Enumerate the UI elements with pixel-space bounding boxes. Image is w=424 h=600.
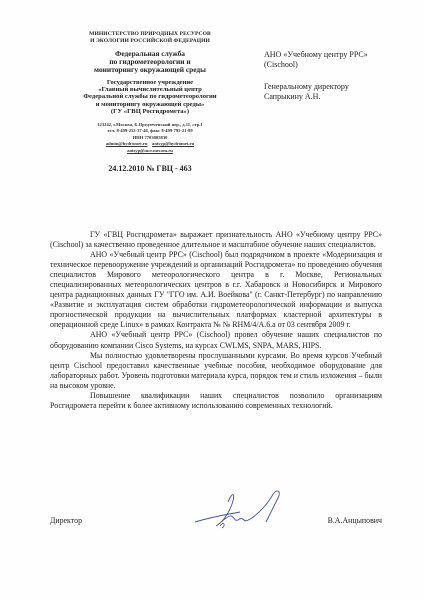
body-paragraph: АНО «Учебный центр РРС» (Cischool) прове… [50, 330, 382, 350]
email-link[interactable]: admin@hydromet.ru [106, 141, 148, 146]
email-link[interactable]: antsyp@mcr.mecom.ru [62, 148, 238, 155]
ministry-name: МИНИСТЕРСТВО ПРИРОДНЫХ РЕСУРСОВ И ЭКОЛОГ… [62, 31, 238, 45]
service-line: мониторингу окружающей среды [62, 66, 238, 74]
body-paragraph: ГУ «ГВЦ Росгидромета» выражает признател… [50, 230, 382, 250]
addressee-block: АНО «Учебному центру РРС» (Cischool) Ген… [264, 50, 414, 103]
ministry-line: И ЭКОЛОГИИ РОССИЙСКОЙ ФЕДЕРАЦИИ [62, 38, 238, 45]
institution-line: «Главный вычислительный центр [62, 86, 238, 93]
addressee-position: Генеральному директору [264, 82, 414, 92]
addressee-org-sub: (Cischool) [264, 60, 414, 70]
letter-page: МИНИСТЕРСТВО ПРИРОДНЫХ РЕСУРСОВ И ЭКОЛОГ… [0, 0, 424, 600]
addressee-name: Сапрыкину А.Н. [264, 92, 414, 102]
institution-name: Государственное учреждение «Главный вычи… [62, 79, 238, 116]
signatory-name: В.А.Анцыпович [328, 516, 382, 525]
body-paragraph: Мы полностью удовлетворены прослушанными… [50, 351, 382, 391]
phone-fax: тел. 8-499-252-37-46, факс 8-499-795-21-… [62, 128, 238, 135]
date-number: 24.12.2010 № ГВЦ - 463 [62, 164, 238, 173]
ministry-line: МИНИСТЕРСТВО ПРИРОДНЫХ РЕСУРСОВ [62, 31, 238, 38]
signatory-title: Директор [50, 516, 82, 525]
body-paragraph: АНО «Учебный центр РРС» (Cischool) был п… [50, 250, 382, 330]
service-name: Федеральная служба по гидрометеорологии … [62, 50, 238, 75]
institution-line: (ГУ «ГВЦ Росгидромета») [62, 108, 238, 115]
institution-line: и мониторингу окружающей среды» [62, 101, 238, 108]
contact-details: 123242, г.Москва, Б.Предтеченский пер., … [62, 122, 238, 155]
signature-row: Директор В.А.Анцыпович [50, 516, 382, 528]
institution-line: Государственное учреждение [62, 79, 238, 86]
letter-body: ГУ «ГВЦ Росгидромета» выражает признател… [50, 230, 382, 411]
email-link[interactable]: antsyp@hydromet.ru [152, 141, 194, 146]
addressee-org: АНО «Учебному центру РРС» [264, 50, 414, 60]
body-paragraph: Повышение квалификации наших специалисто… [50, 391, 382, 411]
institution-line: Федеральной службы по гидрометеорологии [62, 93, 238, 100]
letterhead: МИНИСТЕРСТВО ПРИРОДНЫХ РЕСУРСОВ И ЭКОЛОГ… [62, 31, 238, 173]
inn: ИНН 7703005830 [62, 135, 238, 142]
signature-icon [190, 482, 290, 542]
address: 123242, г.Москва, Б.Предтеченский пер., … [62, 122, 238, 129]
